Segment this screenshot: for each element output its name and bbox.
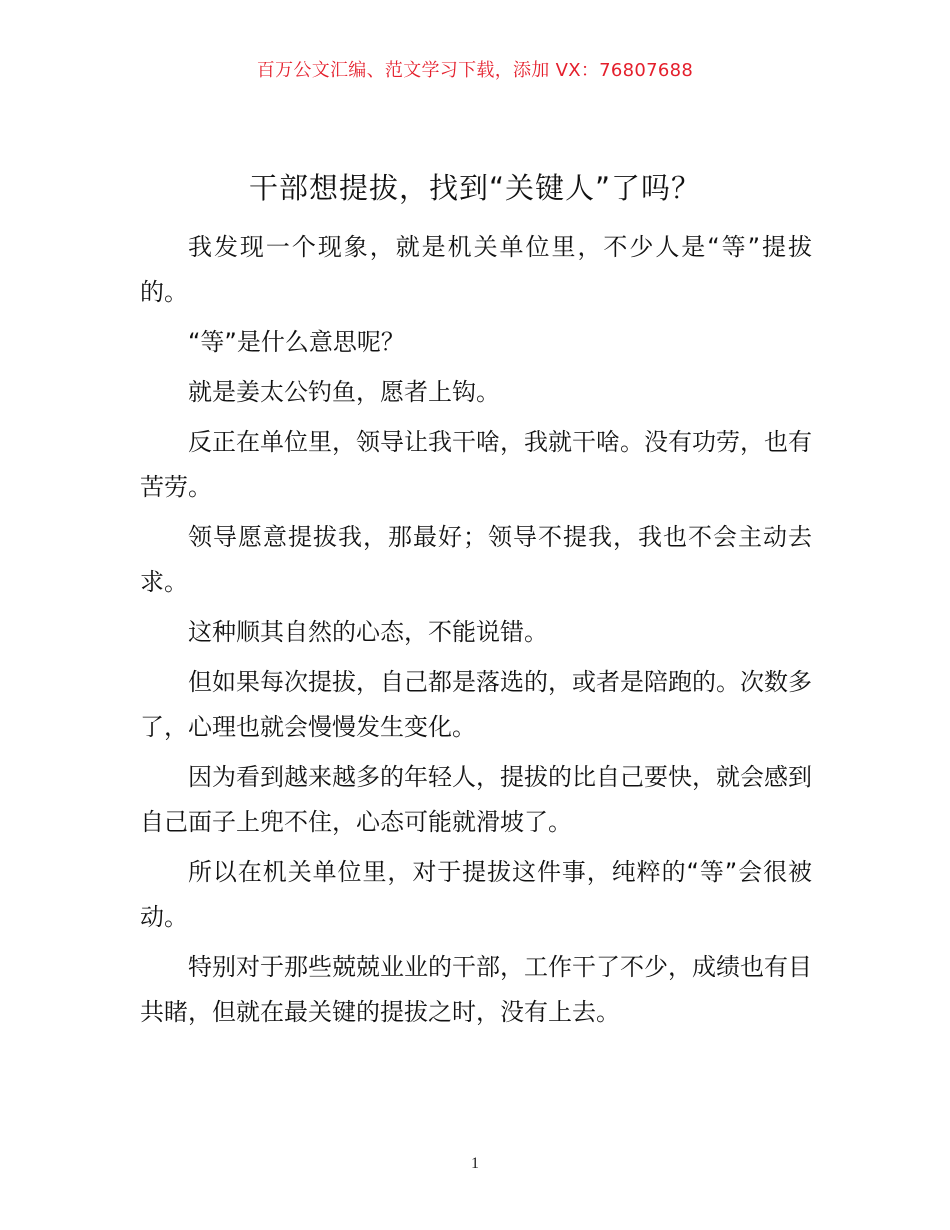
paragraph: 因为看到越来越多的年轻人，提拔的比自己要快，就会感到自己面子上兜不住，心态可能就… [140,755,812,845]
paragraph: 特别对于那些兢兢业业的干部，工作干了不少，成绩也有目共睹，但就在最关键的提拔之时… [140,945,812,1035]
watermark-banner: 百万公文汇编、范文学习下载，添加 VX：76807688 [0,56,950,82]
paragraph: 领导愿意提拔我，那最好；领导不提我，我也不会主动去求。 [140,515,812,605]
paragraph: 所以在机关单位里，对于提拔这件事，纯粹的“等”会很被动。 [140,850,812,940]
page-number: 1 [0,1155,950,1173]
paragraph: “等”是什么意思呢？ [140,320,812,365]
document-title: 干部想提拔，找到“关键人”了吗？ [0,166,950,207]
paragraph: 这种顺其自然的心态，不能说错。 [140,610,812,655]
document-body: 我发现一个现象，就是机关单位里，不少人是“等”提拔的。 “等”是什么意思呢？ 就… [140,225,812,1040]
paragraph: 我发现一个现象，就是机关单位里，不少人是“等”提拔的。 [140,225,812,315]
paragraph: 反正在单位里，领导让我干啥，我就干啥。没有功劳，也有苦劳。 [140,420,812,510]
paragraph: 就是姜太公钓鱼，愿者上钩。 [140,370,812,415]
paragraph: 但如果每次提拔，自己都是落选的，或者是陪跑的。次数多了，心理也就会慢慢发生变化。 [140,660,812,750]
